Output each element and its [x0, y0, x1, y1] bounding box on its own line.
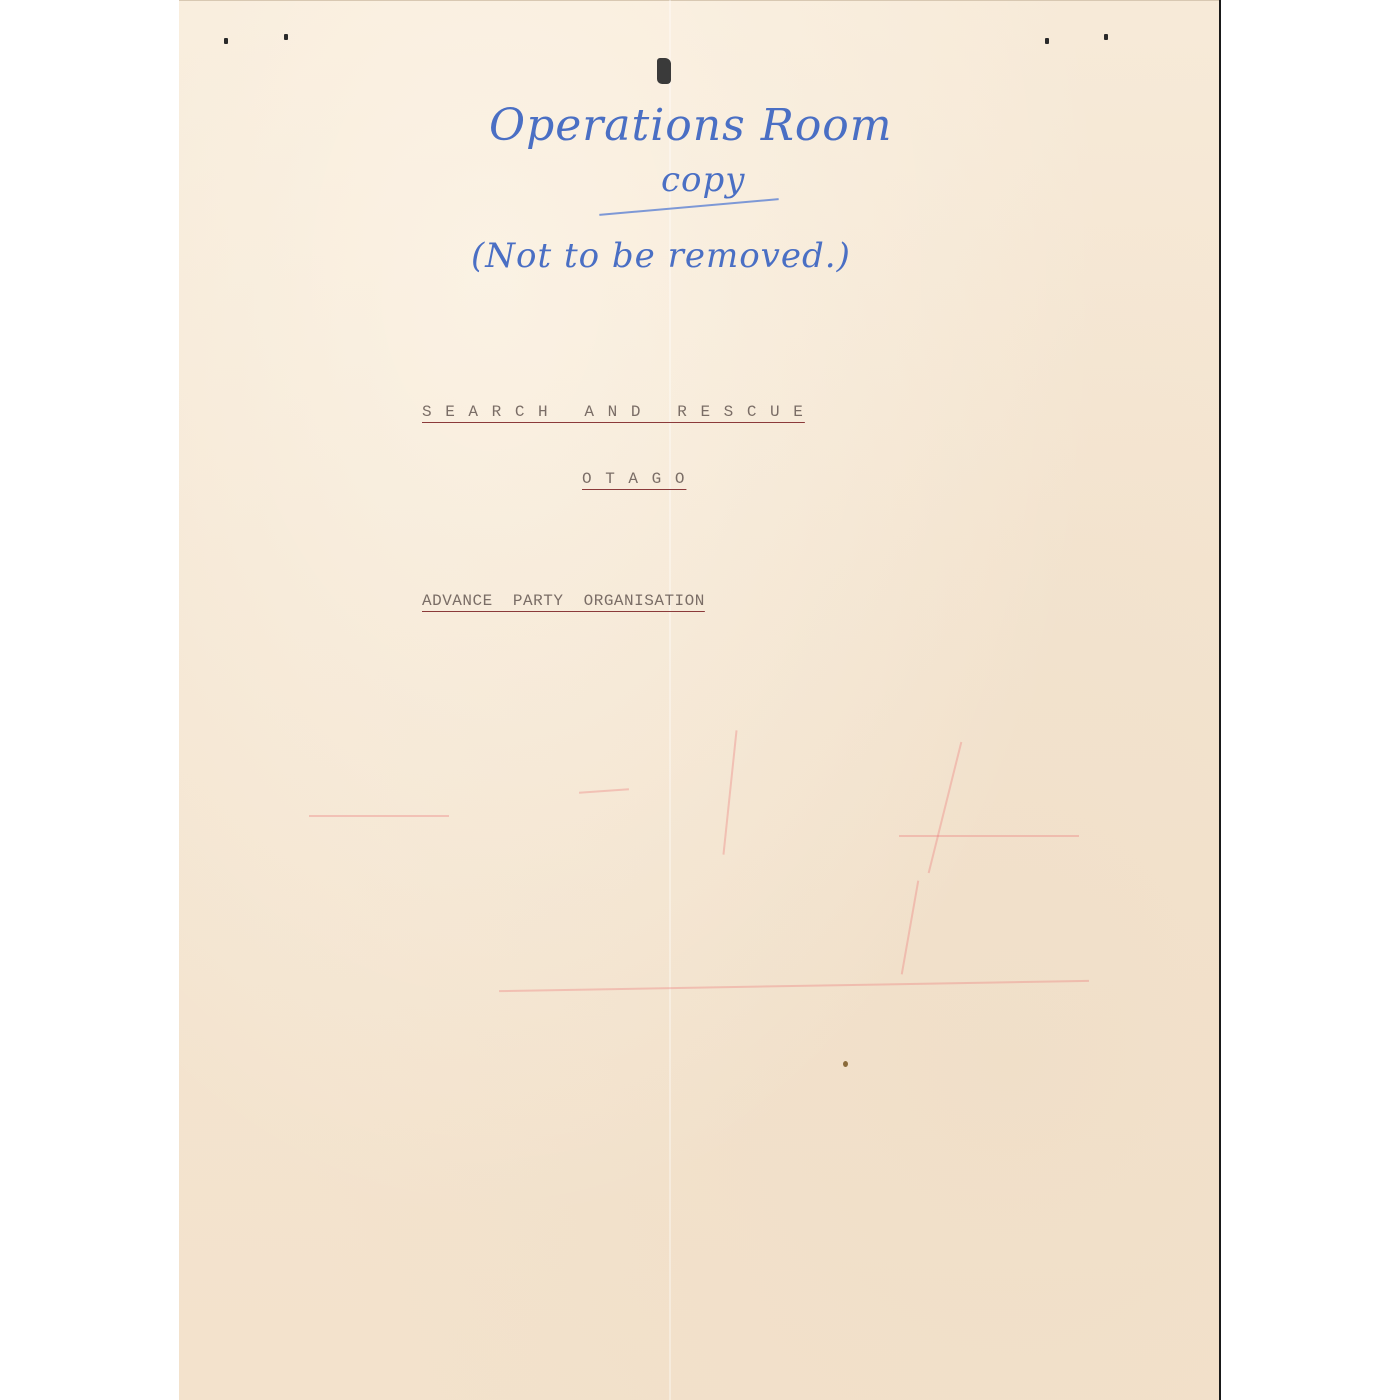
handwritten-note-line2: copy	[661, 160, 745, 200]
typed-region: O T A G O	[582, 470, 686, 488]
document-page: Operations Room copy (Not to be removed.…	[179, 0, 1221, 1400]
paper-fold	[669, 0, 671, 1400]
typed-subtitle: ADVANCE PARTY ORGANISATION	[422, 592, 705, 610]
staple-tear	[657, 58, 671, 84]
punch-hole	[284, 34, 288, 40]
handwritten-underline	[599, 198, 778, 216]
handwritten-note-line1: Operations Room	[489, 100, 893, 151]
punch-hole	[1045, 38, 1049, 44]
handwritten-note-line3: (Not to be removed.)	[471, 236, 851, 276]
punch-hole	[1104, 34, 1108, 40]
typed-title: S E A R C H A N D R E S C U E	[422, 403, 805, 421]
paper-spot	[843, 1061, 848, 1067]
punch-hole	[224, 38, 228, 44]
